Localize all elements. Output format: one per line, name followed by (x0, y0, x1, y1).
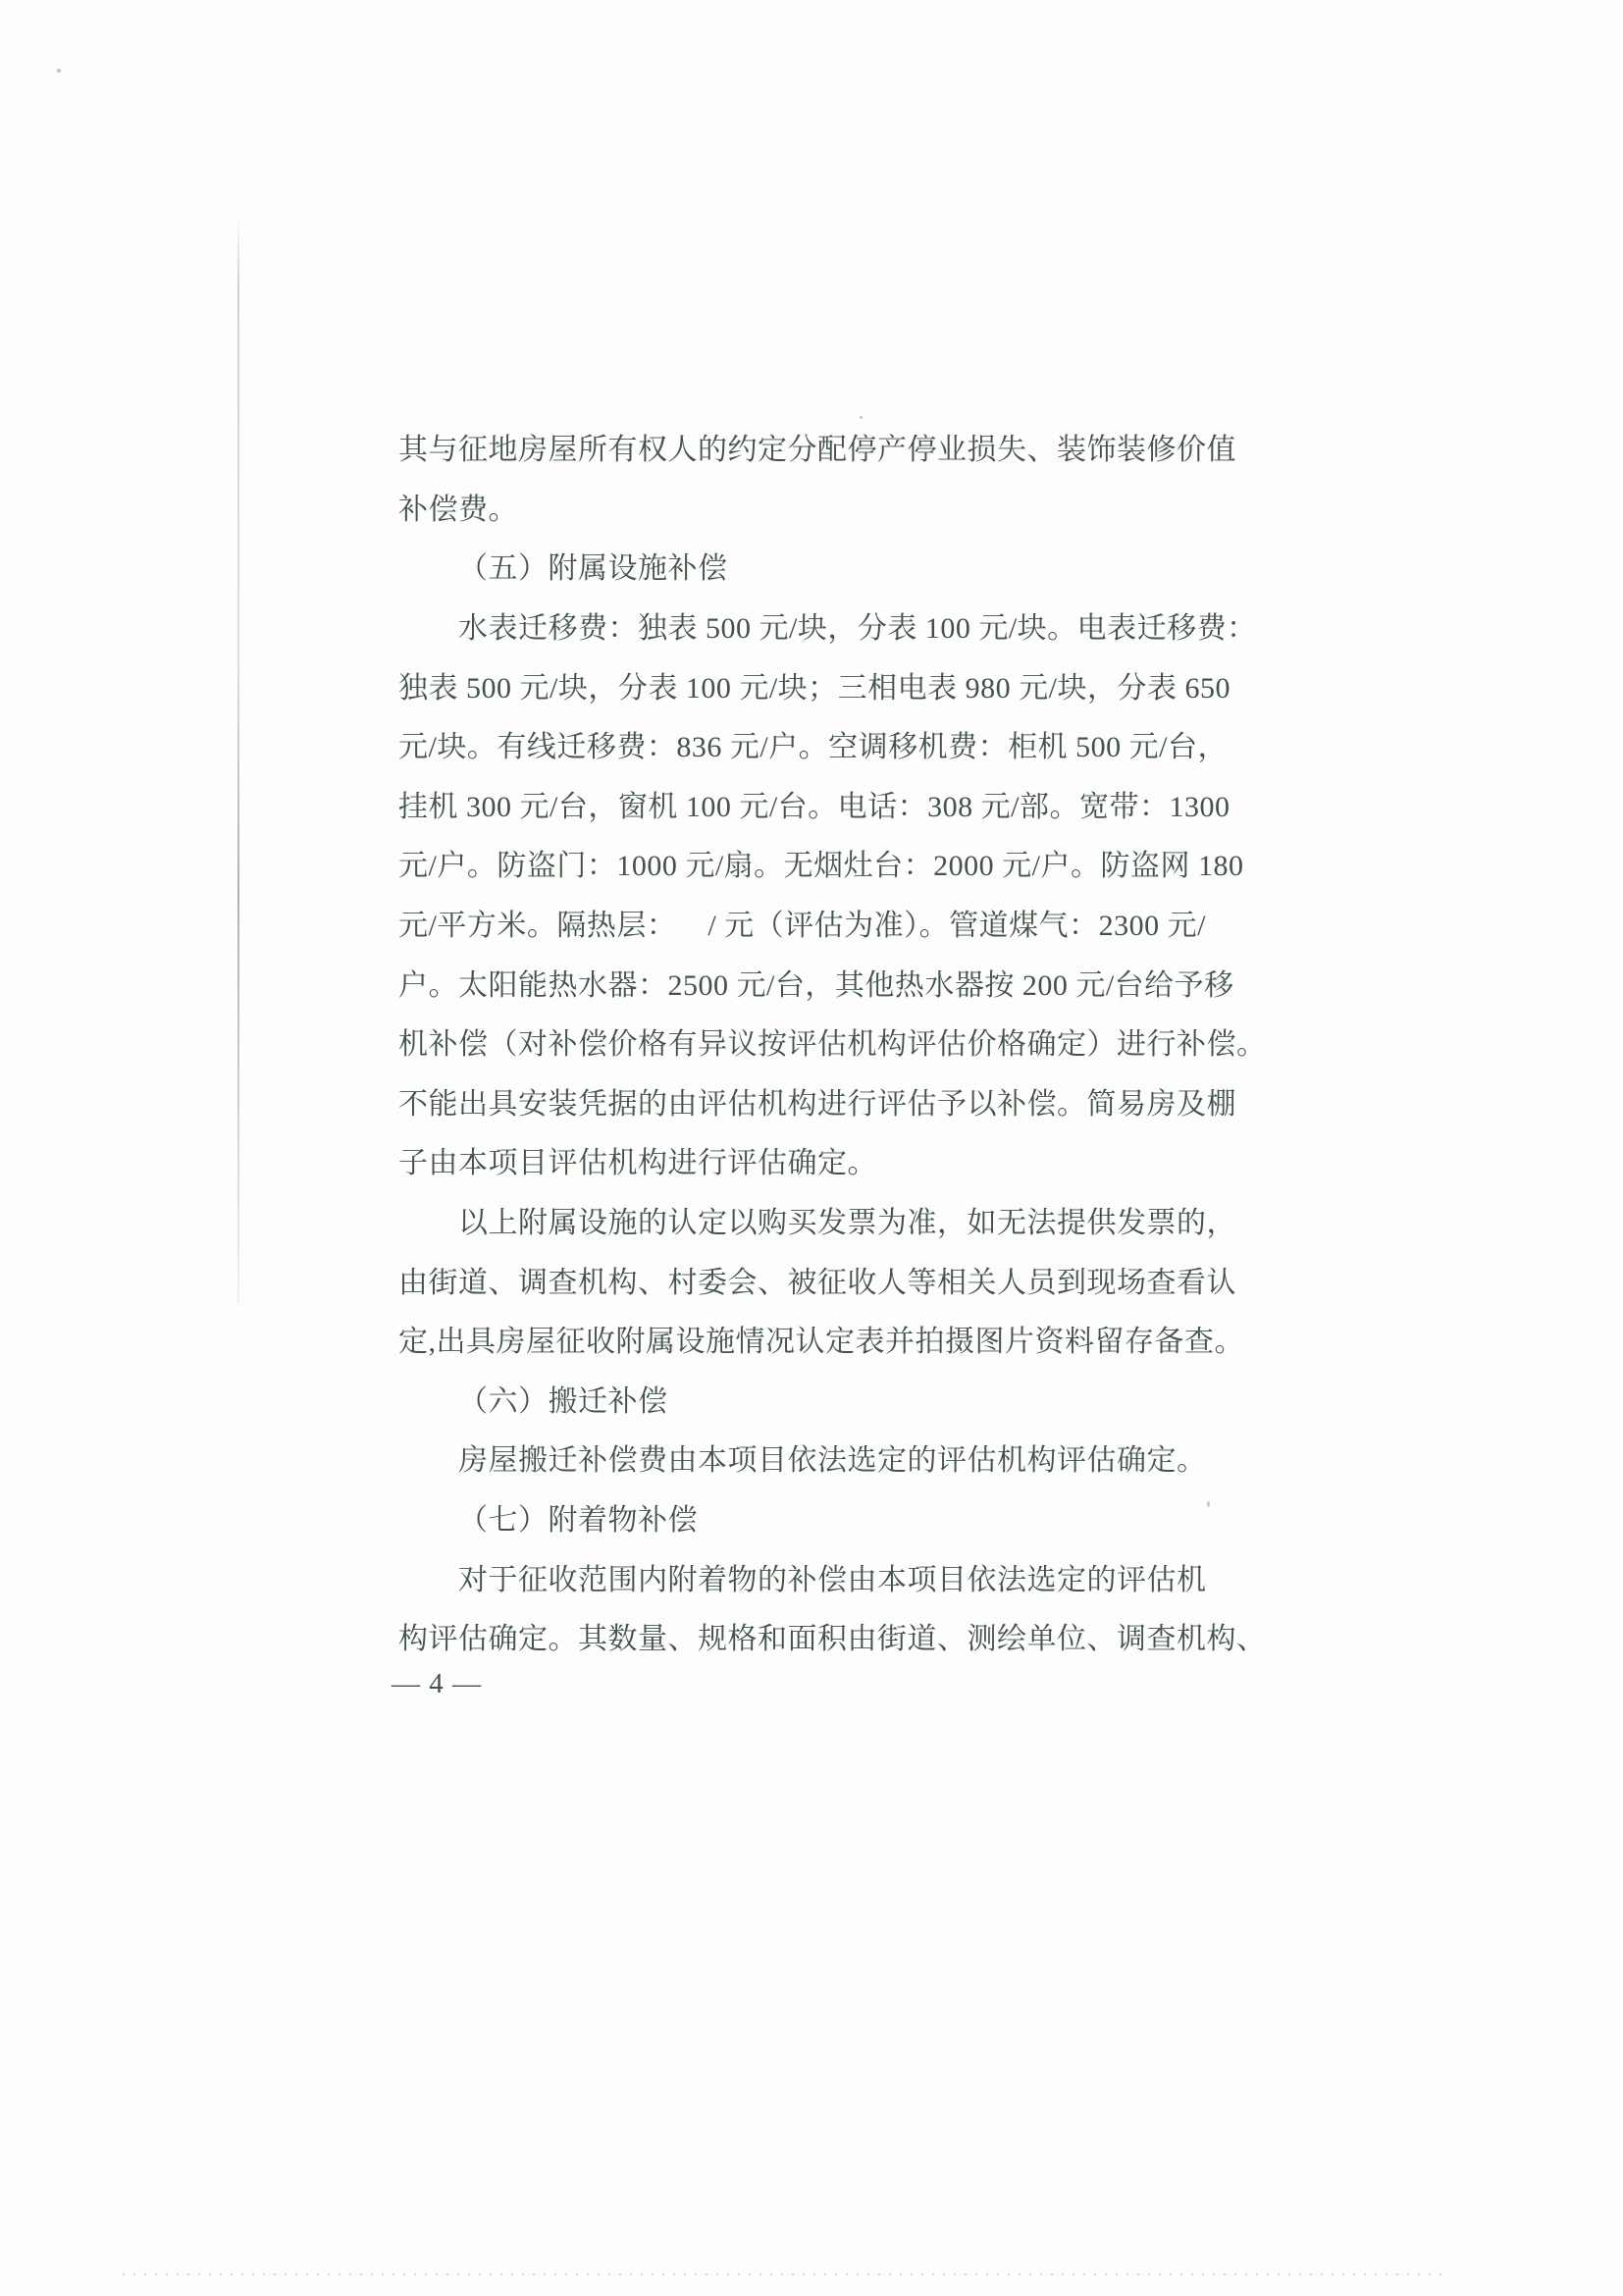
page-number: — 4 — (392, 1668, 482, 1700)
text-line: 构评估确定。其数量、规格和面积由街道、测绘单位、调查机构、 (398, 1606, 1252, 1666)
text-line: 由街道、调查机构、村委会、被征收人等相关人员到现场查看认 (398, 1249, 1252, 1309)
text-line: 补偿费。 (398, 477, 1252, 537)
scan-edge-artifact (123, 2273, 1442, 2275)
text-line: 以上附属设施的认定以购买发票为准，如无法提供发票的， (398, 1190, 1252, 1250)
text-line: 机补偿（对补偿价格有异议按评估机构评估价格确定）进行补偿。 (398, 1012, 1252, 1071)
text-line: 定,出具房屋征收附属设施情况认定表并拍摄图片资料留存备查。 (398, 1309, 1252, 1369)
text-line: 子由本项目评估机构进行评估确定。 (398, 1130, 1252, 1190)
text-line: （六）搬迁补偿 (398, 1369, 1252, 1429)
document-body: 其与征地房屋所有权人的约定分配停产停业损失、装饰装修价值补偿费。（五）附属设施补… (398, 417, 1252, 1665)
text-line: 房屋搬迁补偿费由本项目依法选定的评估机构评估确定。 (398, 1428, 1252, 1487)
document-page: 其与征地房屋所有权人的约定分配停产停业损失、装饰装修价值补偿费。（五）附属设施补… (0, 0, 1623, 2296)
text-line: （七）附着物补偿 (398, 1487, 1252, 1547)
text-line: 元/块。有线迁移费：836 元/户。空调移机费：柜机 500 元/台， (398, 714, 1252, 774)
text-line: 对于征收范围内附着物的补偿由本项目依法选定的评估机 (398, 1546, 1252, 1606)
text-line: 户。太阳能热水器：2500 元/台，其他热水器按 200 元/台给予移 (398, 952, 1252, 1012)
text-line: （五）附属设施补偿 (398, 536, 1252, 596)
scan-fold-line (237, 218, 239, 1305)
text-line: 不能出具安装凭据的由评估机构进行评估予以补偿。简易房及棚 (398, 1071, 1252, 1131)
text-line: 挂机 300 元/台，窗机 100 元/台。电话：308 元/部。宽带：1300 (398, 774, 1252, 834)
text-line: 其与征地房屋所有权人的约定分配停产停业损失、装饰装修价值 (398, 417, 1252, 477)
text-line: 水表迁移费：独表 500 元/块，分表 100 元/块。电表迁移费： (398, 596, 1252, 655)
text-line: 独表 500 元/块，分表 100 元/块；三相电表 980 元/块，分表 65… (398, 654, 1252, 714)
text-line: 元/户。防盗门：1000 元/扇。无烟灶台：2000 元/户。防盗网 180 (398, 833, 1252, 893)
text-line: 元/平方米。隔热层： / 元（评估为准）。管道煤气：2300 元/ (398, 893, 1252, 953)
scan-speck (57, 69, 61, 73)
